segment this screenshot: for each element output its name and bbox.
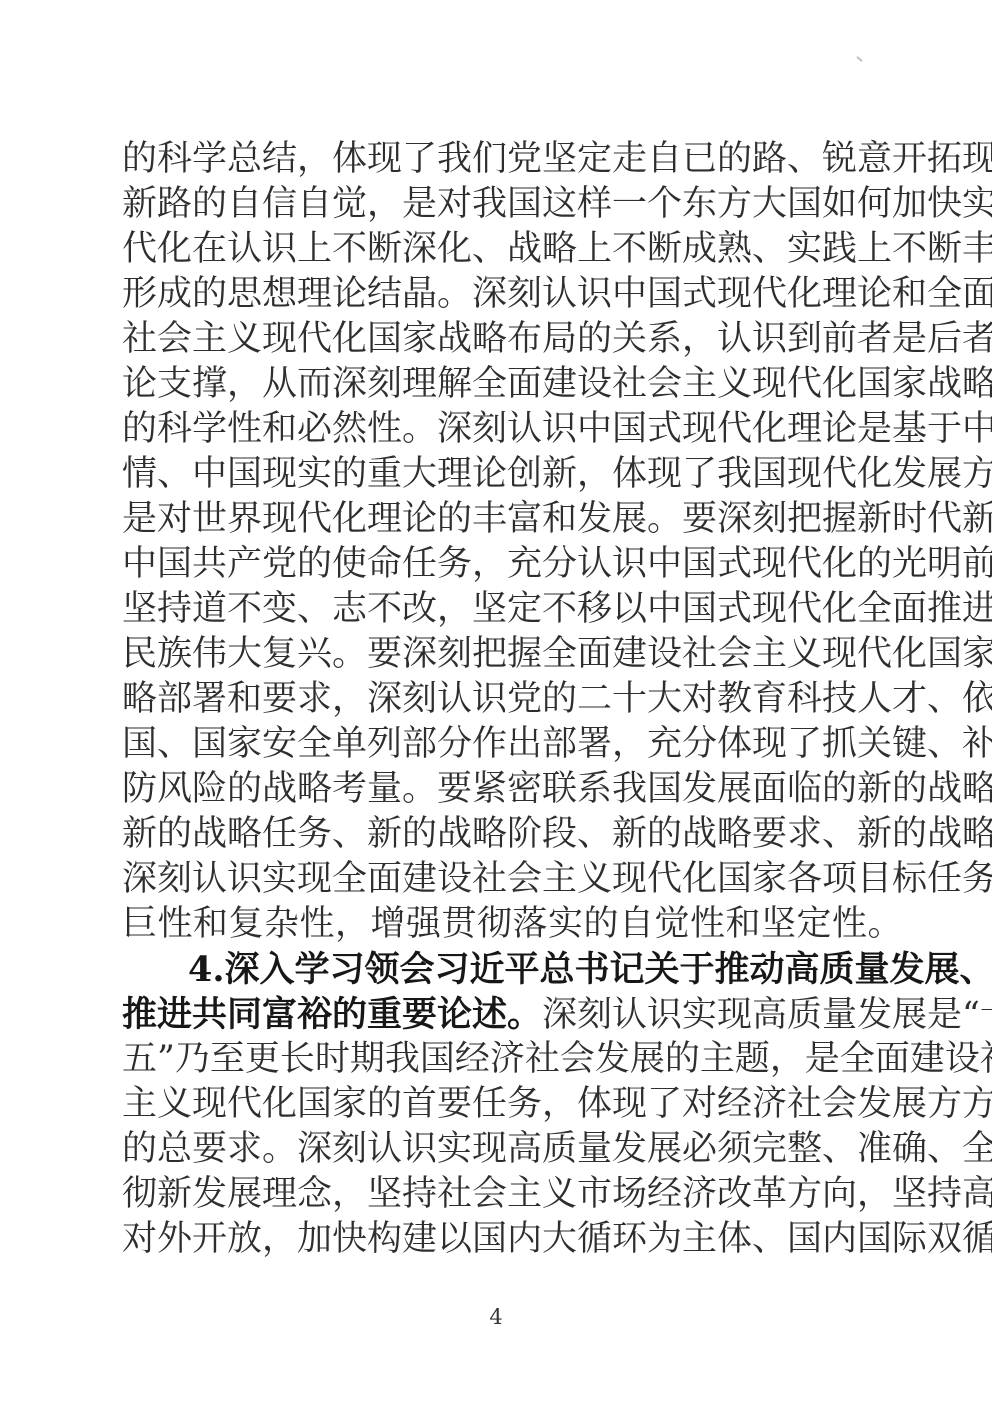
text-line: 新路的自信自觉，是对我国这样一个东方大国如何加快实现现	[122, 182, 862, 227]
page-number: 4	[0, 1305, 992, 1329]
text-run: 的科学性和必然性。深刻认识中国式现代化理论是基于中国国	[122, 409, 992, 449]
text-run: 国、国家安全单列部分作出部署，充分体现了抓关键、补短板、	[122, 724, 992, 764]
text-run: 新路的自信自觉，是对我国这样一个东方大国如何加快实现现	[122, 184, 992, 224]
document-page: 的科学总结，体现了我们党坚定走自已的路、锐意开拓现代化新路的自信自觉，是对我国这…	[0, 0, 992, 1403]
text-line: 深刻认识实现全面建设社会主义现代化国家各项目标任务的艰	[122, 857, 862, 902]
text-line: 代化在认识上不断深化、战略上不断成熟、实践上不断丰富而	[122, 227, 862, 272]
text-line: 是对世界现代化理论的丰富和发展。要深刻把握新时代新征程	[122, 497, 862, 542]
text-run: 社会主义现代化国家战略布局的关系，认识到前者是后者的理	[122, 319, 992, 359]
text-run: 论支撑，从而深刻理解全面建设社会主义现代化国家战略布局	[122, 364, 992, 404]
text-run: 坚持道不变、志不改，坚定不移以中国式现代化全面推进中华	[122, 589, 992, 629]
text-run: 代化在认识上不断深化、战略上不断成熟、实践上不断丰富而	[122, 229, 992, 269]
bold-text-run: 推进共同富裕的重要论述。	[122, 994, 542, 1035]
text-line: 坚持道不变、志不改，坚定不移以中国式现代化全面推进中华	[122, 587, 862, 632]
text-line: 巨性和复杂性，增强贯彻落实的自觉性和坚定性。	[122, 902, 862, 947]
bold-text-run: 4.深入学习领会习近平总书记关于推动高质量发展、扎实	[188, 949, 992, 990]
text-line: 主义现代化国家的首要任务，体现了对经济社会发展方方面面	[122, 1082, 862, 1127]
text-run: 民族伟大复兴。要深刻把握全面建设社会主义现代化国家的战	[122, 634, 992, 674]
scan-speck-artifact	[856, 56, 863, 62]
text-line: 彻新发展理念，坚持社会主义市场经济改革方向，坚持高水平	[122, 1172, 862, 1217]
text-line: 防风险的战略考量。要紧密联系我国发展面临的新的战略机遇、	[122, 767, 862, 812]
text-line: 的科学总结，体现了我们党坚定走自已的路、锐意开拓现代化	[122, 137, 862, 182]
text-run: 形成的思想理论结晶。深刻认识中国式现代化理论和全面建设	[122, 274, 992, 314]
text-line: 中国共产党的使命任务，充分认识中国式现代化的光明前景，	[122, 542, 862, 587]
text-line: 的总要求。深刻认识实现高质量发展必须完整、准确、全面贯	[122, 1127, 862, 1172]
text-run: 防风险的战略考量。要紧密联系我国发展面临的新的战略机遇、	[122, 769, 992, 809]
text-run: 新的战略任务、新的战略阶段、新的战略要求、新的战略环境，	[122, 814, 992, 854]
text-run: 彻新发展理念，坚持社会主义市场经济改革方向，坚持高水平	[122, 1174, 992, 1214]
text-block: 的科学总结，体现了我们党坚定走自已的路、锐意开拓现代化新路的自信自觉，是对我国这…	[122, 137, 862, 1262]
text-line: 新的战略任务、新的战略阶段、新的战略要求、新的战略环境，	[122, 812, 862, 857]
text-line: 民族伟大复兴。要深刻把握全面建设社会主义现代化国家的战	[122, 632, 862, 677]
text-line: 4.深入学习领会习近平总书记关于推动高质量发展、扎实	[122, 947, 862, 992]
text-line: 的科学性和必然性。深刻认识中国式现代化理论是基于中国国	[122, 407, 862, 452]
text-run: 对外开放，加快构建以国内大循环为主体、国内国际双循环相	[122, 1219, 992, 1259]
text-line: 形成的思想理论结晶。深刻认识中国式现代化理论和全面建设	[122, 272, 862, 317]
text-run: 中国共产党的使命任务，充分认识中国式现代化的光明前景，	[122, 544, 992, 584]
text-run: 深刻认识实现高质量发展是“十四	[542, 995, 992, 1035]
text-run: 情、中国现实的重大理论创新，体现了我国现代化发展方向，	[122, 454, 992, 494]
text-run: 略部署和要求，深刻认识党的二十大对教育科技人才、依法治	[122, 679, 992, 719]
text-line: 推进共同富裕的重要论述。深刻认识实现高质量发展是“十四	[122, 992, 862, 1037]
text-run: 五”乃至更长时期我国经济社会发展的主题，是全面建设社会	[122, 1039, 992, 1079]
text-run: 巨性和复杂性，增强贯彻落实的自觉性和坚定性。	[122, 904, 903, 944]
text-line: 五”乃至更长时期我国经济社会发展的主题，是全面建设社会	[122, 1037, 862, 1082]
text-line: 论支撑，从而深刻理解全面建设社会主义现代化国家战略布局	[122, 362, 862, 407]
text-run: 的总要求。深刻认识实现高质量发展必须完整、准确、全面贯	[122, 1129, 992, 1169]
text-line: 国、国家安全单列部分作出部署，充分体现了抓关键、补短板、	[122, 722, 862, 767]
text-line: 情、中国现实的重大理论创新，体现了我国现代化发展方向，	[122, 452, 862, 497]
text-line: 社会主义现代化国家战略布局的关系，认识到前者是后者的理	[122, 317, 862, 362]
text-run: 是对世界现代化理论的丰富和发展。要深刻把握新时代新征程	[122, 499, 992, 539]
text-line: 对外开放，加快构建以国内大循环为主体、国内国际双循环相	[122, 1217, 862, 1262]
text-line: 略部署和要求，深刻认识党的二十大对教育科技人才、依法治	[122, 677, 862, 722]
text-run: 主义现代化国家的首要任务，体现了对经济社会发展方方面面	[122, 1084, 992, 1124]
text-run: 深刻认识实现全面建设社会主义现代化国家各项目标任务的艰	[122, 859, 992, 899]
text-run: 的科学总结，体现了我们党坚定走自已的路、锐意开拓现代化	[122, 139, 992, 179]
